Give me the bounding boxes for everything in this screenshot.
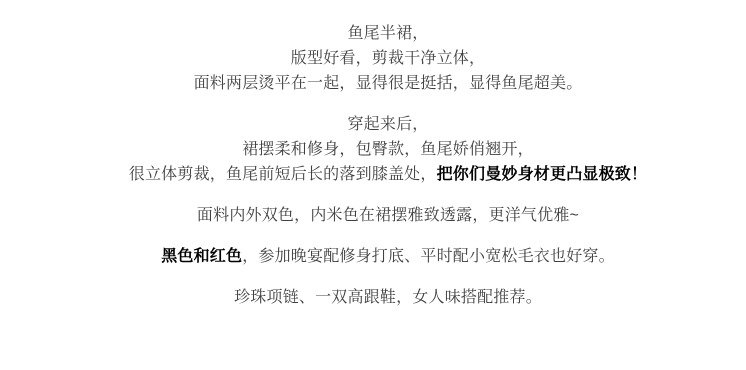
body-text: 裙摆柔和修身，包臀款，鱼尾娇俏翘开，: [242, 141, 534, 158]
body-text: 版型好看，剪裁干净立体，: [291, 50, 485, 67]
text-line: 黑色和红色，参加晚宴配修身打底、平时配小宽松毛衣也好穿。: [30, 244, 746, 269]
paragraph: 鱼尾半裙，版型好看，剪裁干净立体，面料两层烫平在一起，显得很是挺括，显得鱼尾超美…: [30, 21, 746, 96]
paragraph: 黑色和红色，参加晚宴配修身打底、平时配小宽松毛衣也好穿。: [30, 244, 746, 269]
text-line: 穿起来后，: [30, 112, 746, 137]
emphasis-text: 把你们曼妙身材更凸显极致！: [437, 166, 648, 183]
text-line: 版型好看，剪裁干净立体，: [30, 46, 746, 71]
text-line: 很立体剪裁，鱼尾前短后长的落到膝盖处，把你们曼妙身材更凸显极致！: [30, 162, 746, 187]
text-line: 鱼尾半裙，: [30, 21, 746, 46]
paragraph: 穿起来后，裙摆柔和修身，包臀款，鱼尾娇俏翘开，很立体剪裁，鱼尾前短后长的落到膝盖…: [30, 112, 746, 187]
text-line: 珍珠项链、一双高跟鞋，女人味搭配推荐。: [30, 285, 746, 310]
body-text: ，参加晚宴配修身打底、平时配小宽松毛衣也好穿。: [242, 248, 615, 265]
body-text: 穿起来后，: [347, 116, 428, 133]
body-text: 珍珠项链、一双高跟鞋，女人味搭配推荐。: [234, 289, 542, 306]
product-description-body: 鱼尾半裙，版型好看，剪裁干净立体，面料两层烫平在一起，显得很是挺括，显得鱼尾超美…: [0, 0, 746, 310]
body-text: 很立体剪裁，鱼尾前短后长的落到膝盖处，: [129, 166, 437, 183]
emphasis-text: 黑色和红色: [161, 248, 242, 265]
paragraph: 珍珠项链、一双高跟鞋，女人味搭配推荐。: [30, 285, 746, 310]
body-text: 鱼尾半裙，: [347, 25, 428, 42]
text-line: 面料内外双色，内米色在裙摆雅致透露，更洋气优雅~: [30, 203, 746, 228]
paragraph: 面料内外双色，内米色在裙摆雅致透露，更洋气优雅~: [30, 203, 746, 228]
body-text: 面料两层烫平在一起，显得很是挺括，显得鱼尾超美。: [194, 75, 583, 92]
body-text: 面料内外双色，内米色在裙摆雅致透露，更洋气优雅~: [197, 207, 579, 224]
text-line: 面料两层烫平在一起，显得很是挺括，显得鱼尾超美。: [30, 71, 746, 96]
text-line: 裙摆柔和修身，包臀款，鱼尾娇俏翘开，: [30, 137, 746, 162]
